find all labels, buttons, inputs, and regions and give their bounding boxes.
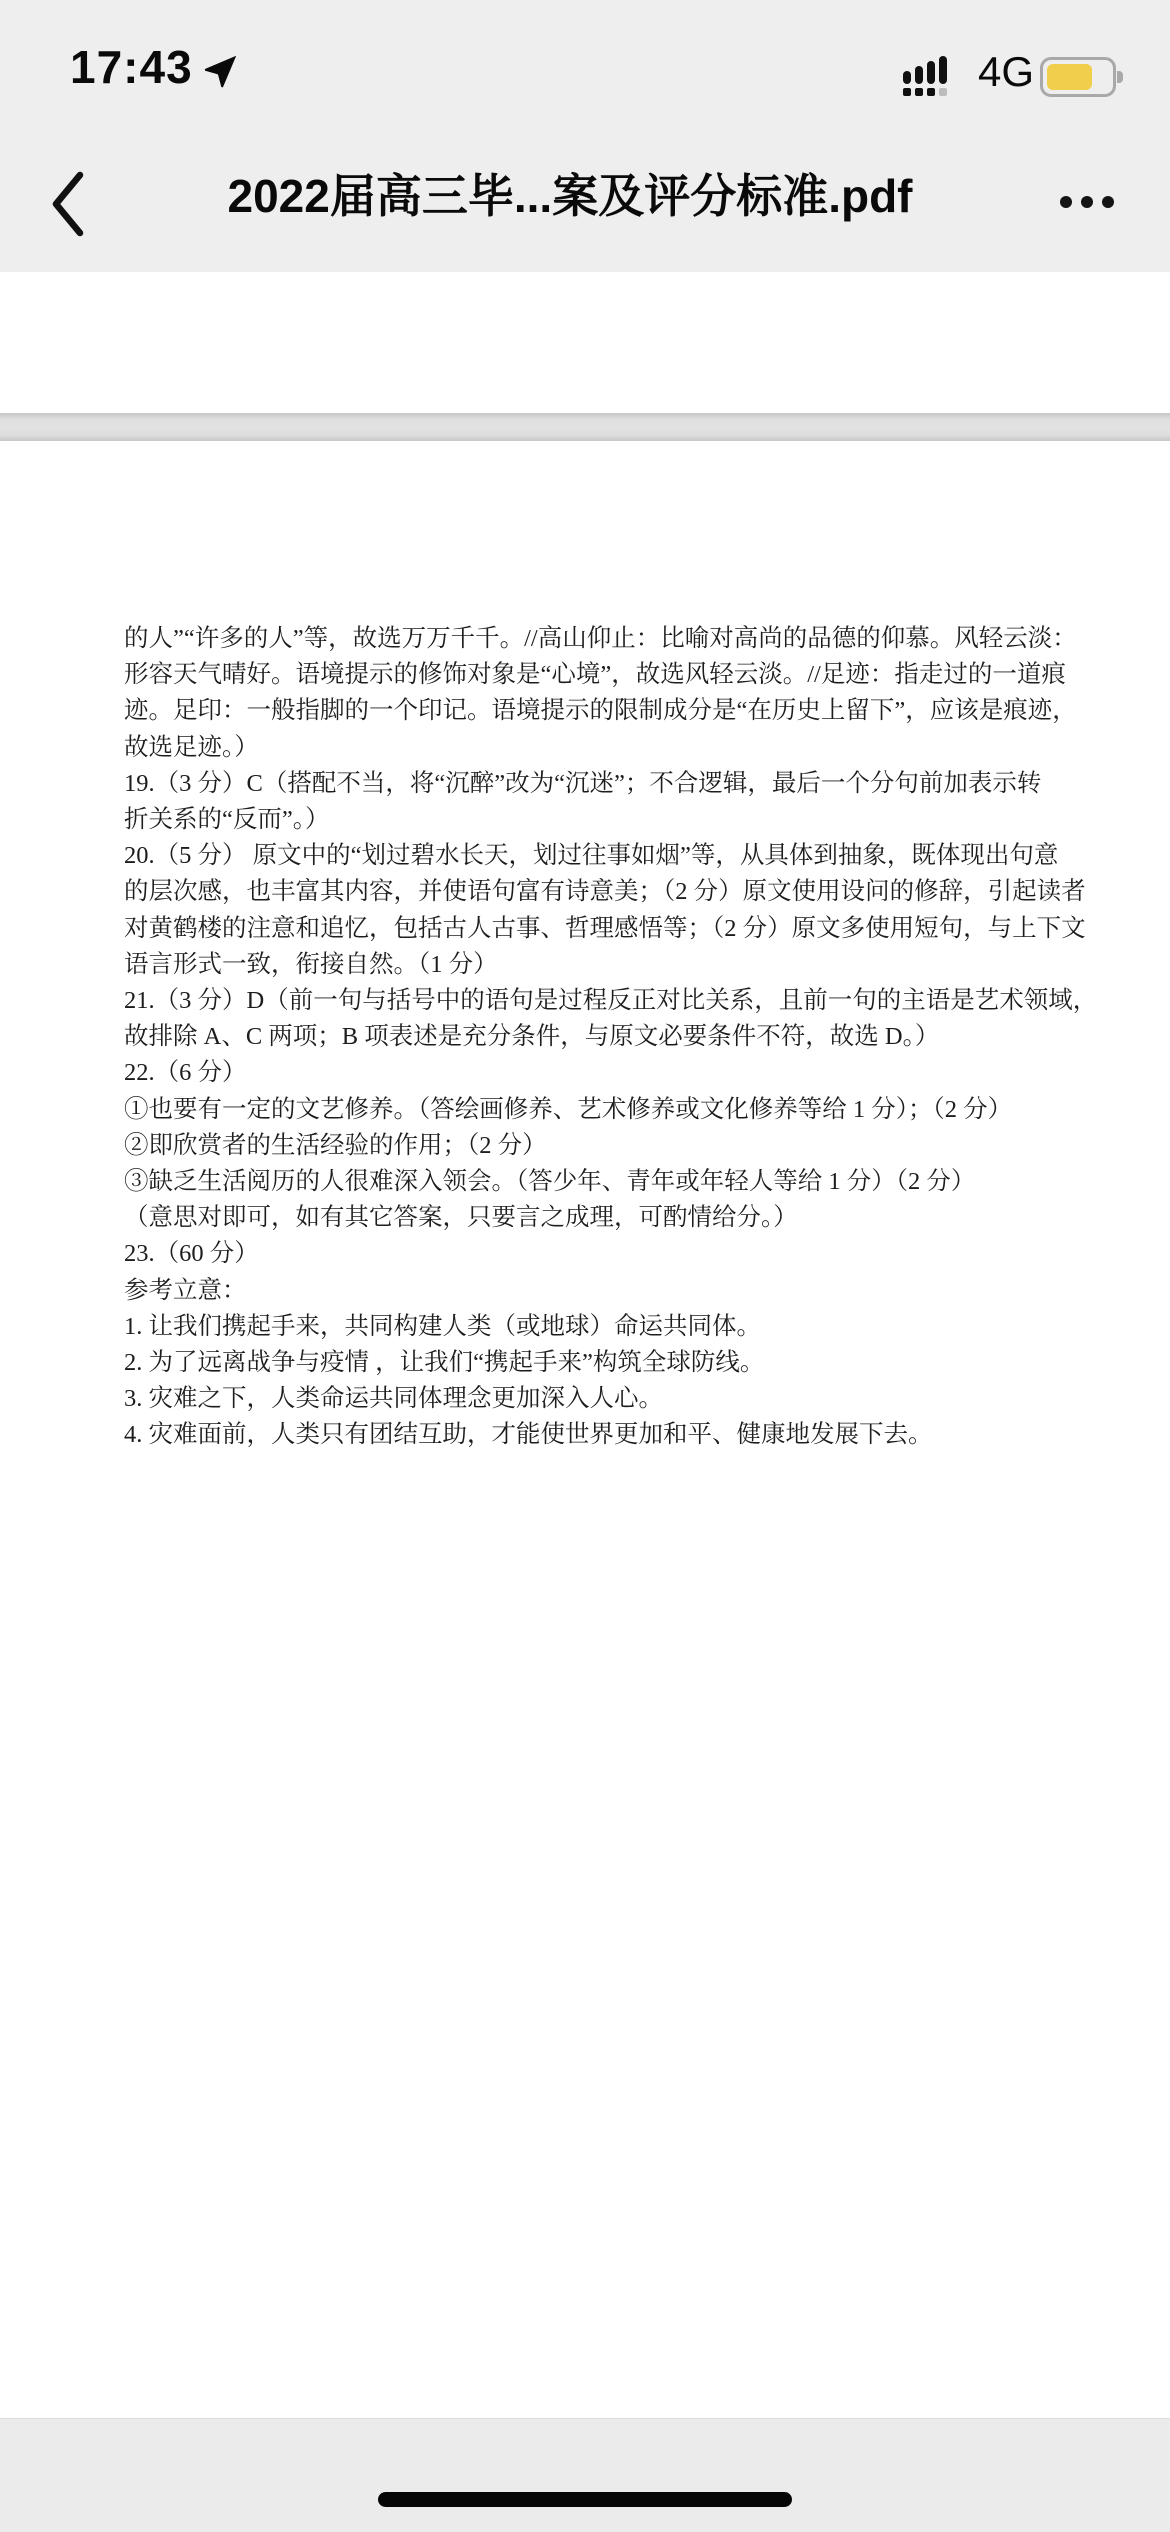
top-chrome: 17:43 4G 2022届高三毕...案及评分标准.pdf — [0, 0, 1170, 272]
battery-icon — [1040, 57, 1116, 97]
pdf-text-line: 22.（6 分） — [124, 1055, 1124, 1091]
pdf-text-line: 语言形式一致，衔接自然。（1 分） — [124, 947, 1124, 983]
nav-bar: 2022届高三毕...案及评分标准.pdf — [0, 130, 1170, 272]
ellipsis-icon — [1081, 196, 1093, 208]
pdf-text-line: ①也要有一定的文艺修养。（答绘画修养、艺术修养或文化修养等给 1 分）；（2 分… — [124, 1092, 1124, 1128]
pdf-page[interactable]: 的人”“许多的人”等，故选万万千千。//高山仰止：比喻对高尚的品德的仰慕。风轻云… — [0, 441, 1170, 2418]
network-type-label: 4G — [978, 48, 1034, 96]
ellipsis-icon — [1060, 196, 1072, 208]
pdf-text-line: 的层次感，也丰富其内容，并使语句富有诗意美；（2 分）原文使用设问的修辞，引起读… — [124, 874, 1124, 910]
pdf-text-line: 2. 为了远离战争与疫情 ，让我们“携起手来”构筑全球防线。 — [124, 1345, 1124, 1381]
pdf-text-line: 参考立意： — [124, 1273, 1124, 1309]
pdf-text-line: 的人”“许多的人”等，故选万万千千。//高山仰止：比喻对高尚的品德的仰慕。风轻云… — [124, 621, 1124, 657]
pdf-text-line: 19.（3 分）C（搭配不当，将“沉醉”改为“沉迷”；不合逻辑，最后一个分句前加… — [124, 766, 1124, 802]
pdf-text-line: 折关系的“反而”。） — [124, 802, 1124, 838]
document-title: 2022届高三毕...案及评分标准.pdf — [120, 160, 1020, 226]
pdf-text-line: 迹。足印：一般指脚的一个印记。语境提示的限制成分是“在历史上留下”，应该是痕迹， — [124, 693, 1124, 729]
home-indicator[interactable] — [378, 2492, 792, 2507]
pdf-text-line: 21.（3 分）D（前一句与括号中的语句是过程反正对比关系，且前一句的主语是艺术… — [124, 983, 1124, 1019]
pdf-text-line: 20.（5 分） 原文中的“划过碧水长天，划过往事如烟”等，从具体到抽象，既体现… — [124, 838, 1124, 874]
pdf-text-line: 对黄鹤楼的注意和追忆，包括古人古事、哲理感悟等；（2 分）原文多使用短句，与上下… — [124, 911, 1124, 947]
back-chevron-icon[interactable] — [44, 168, 92, 240]
phone-screen: 17:43 4G 2022届高三毕...案及评分标准.pdf — [0, 0, 1170, 2532]
pdf-text-line: ②即欣赏者的生活经验的作用；（2 分） — [124, 1128, 1124, 1164]
location-arrow-icon — [202, 52, 240, 90]
pdf-text-line: 23.（60 分） — [124, 1236, 1124, 1272]
ellipsis-icon — [1102, 196, 1114, 208]
cellular-signal-icon — [903, 52, 947, 96]
pdf-text-line: 3. 灾难之下，人类命运共同体理念更加深入人心。 — [124, 1381, 1124, 1417]
pdf-text-block: 的人”“许多的人”等，故选万万千千。//高山仰止：比喻对高尚的品德的仰慕。风轻云… — [124, 621, 1124, 1454]
more-options-button[interactable] — [1060, 184, 1114, 220]
battery-nub — [1117, 71, 1123, 83]
battery-fill — [1047, 64, 1092, 90]
pdf-previous-page-bottom[interactable] — [0, 272, 1170, 413]
pdf-text-line: 1. 让我们携起手来，共同构建人类（或地球）命运共同体。 — [124, 1309, 1124, 1345]
bottom-chrome — [0, 2418, 1170, 2532]
pdf-text-line: ③缺乏生活阅历的人很难深入领会。（答少年、青年或年轻人等给 1 分）（2 分） — [124, 1164, 1124, 1200]
status-time: 17:43 — [70, 40, 193, 94]
pdf-text-line: 形容天气晴好。语境提示的修饰对象是“心境”，故选风轻云淡。//足迹：指走过的一道… — [124, 657, 1124, 693]
page-separator — [0, 413, 1170, 441]
pdf-text-line: （意思对即可，如有其它答案，只要言之成理，可酌情给分。） — [124, 1200, 1124, 1236]
pdf-text-line: 4. 灾难面前，人类只有团结互助，才能使世界更加和平、健康地发展下去。 — [124, 1417, 1124, 1453]
pdf-text-line: 故选足迹。） — [124, 730, 1124, 766]
pdf-text-line: 故排除 A、C 两项；B 项表述是充分条件，与原文必要条件不符，故选 D。） — [124, 1019, 1124, 1055]
